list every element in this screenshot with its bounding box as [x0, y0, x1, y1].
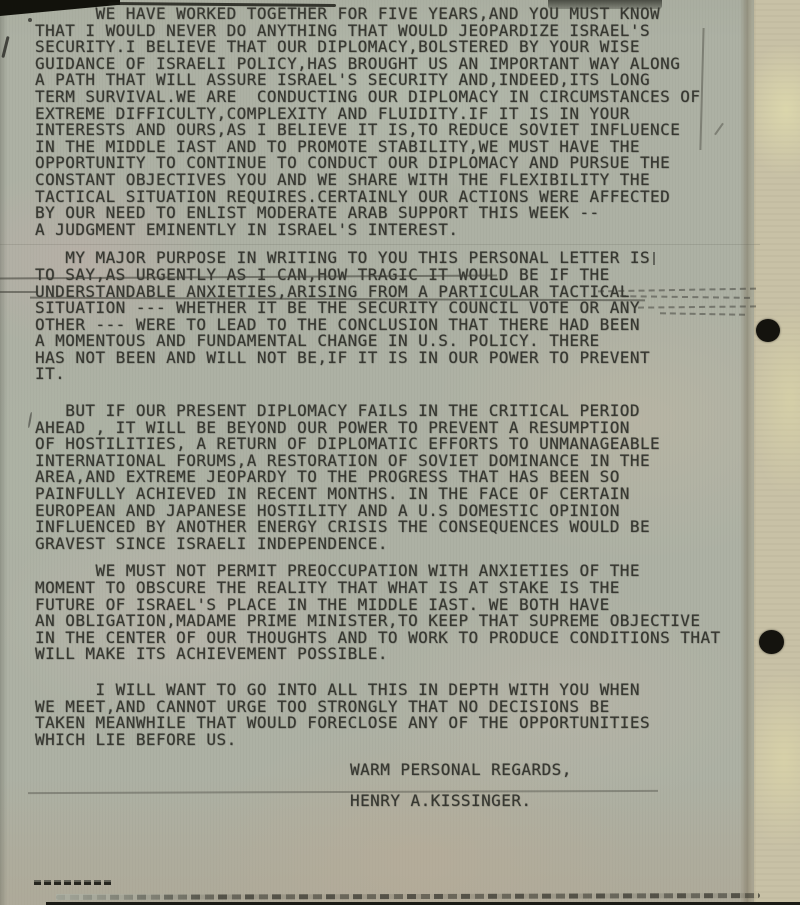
pen-bracket-mark	[653, 252, 655, 265]
letter-line: WILL MAKE ITS ACHIEVEMENT POSSIBLE.	[35, 646, 765, 663]
redaction-dash-row	[34, 880, 111, 886]
ink-dot-mark	[28, 18, 32, 22]
page-left-edge-shadow	[0, 0, 7, 905]
pencil-paren-mark	[28, 412, 33, 428]
letter-line: IT.	[35, 366, 765, 383]
letter-closing: WARM PERSONAL REGARDS,	[350, 762, 765, 779]
letter-paragraphs: WE HAVE WORKED TOGETHER FOR FIVE YEARS,A…	[35, 6, 765, 748]
letter-body: WE HAVE WORKED TOGETHER FOR FIVE YEARS,A…	[35, 6, 765, 810]
redaction-dash	[94, 880, 101, 885]
punch-hole-bottom	[759, 630, 784, 654]
bottom-ink-smudge-fade	[56, 894, 216, 900]
letter-line: WHICH LIE BEFORE US.	[35, 732, 765, 749]
letter-line: GRAVEST SINCE ISRAELI INDEPENDENCE.	[35, 536, 765, 553]
top-right-scan-smudge	[548, 0, 662, 9]
redaction-dash	[74, 880, 81, 885]
letter-paragraph: MY MAJOR PURPOSE IN WRITING TO YOU THIS …	[35, 250, 765, 383]
pencil-tick-left-margin	[0, 291, 38, 293]
letter-paragraph: WE HAVE WORKED TOGETHER FOR FIVE YEARS,A…	[35, 6, 765, 238]
letter-paragraph: I WILL WANT TO GO INTO ALL THIS IN DEPTH…	[35, 682, 765, 748]
punch-hole-top	[756, 319, 780, 342]
letter-line: A JUDGMENT EMINENTLY IN ISRAEL'S INTERES…	[35, 222, 765, 239]
scanned-letter-page: WE HAVE WORKED TOGETHER FOR FIVE YEARS,A…	[0, 0, 800, 905]
letter-signature: HENRY A.KISSINGER.	[350, 793, 765, 810]
redaction-dash	[54, 880, 61, 885]
redaction-dash	[44, 880, 51, 885]
letter-paragraph: BUT IF OUR PRESENT DIPLOMACY FAILS IN TH…	[35, 403, 765, 552]
redaction-dash	[34, 880, 41, 885]
redaction-dash	[84, 880, 91, 885]
letter-paragraph: WE MUST NOT PERMIT PREOCCUPATION WITH AN…	[35, 563, 765, 663]
redaction-dash	[104, 880, 111, 885]
letter-line: HAS NOT BEEN AND WILL NOT BE,IF IT IS IN…	[35, 350, 765, 367]
redaction-dash	[64, 880, 71, 885]
